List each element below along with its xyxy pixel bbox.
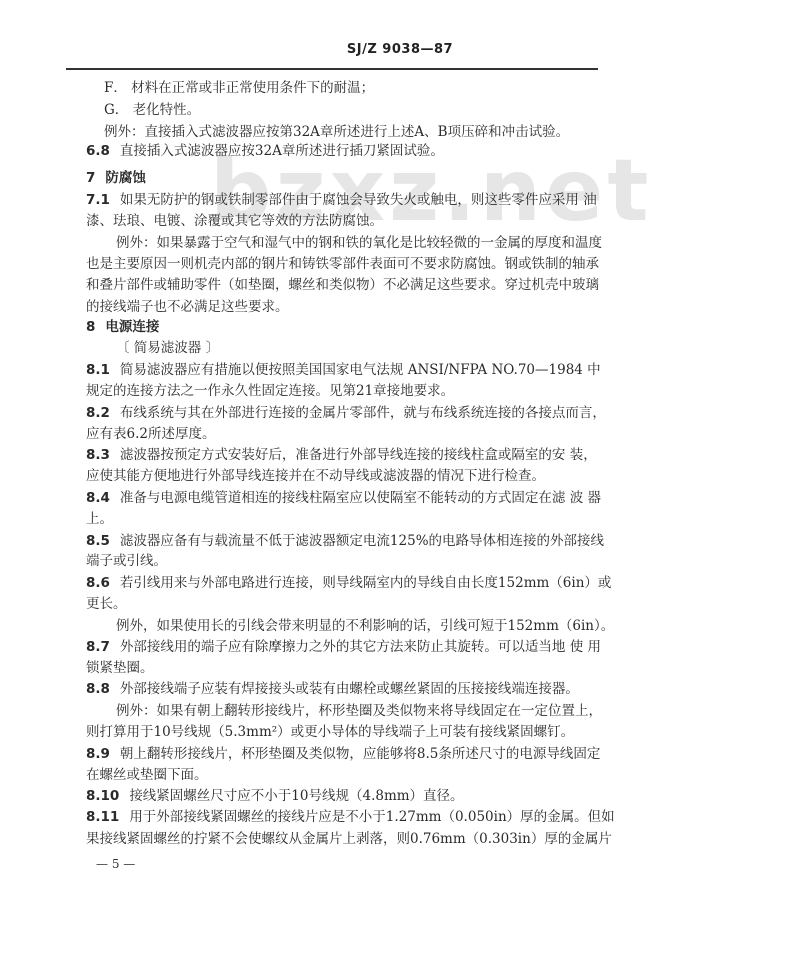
clause-text: 布线系统与其在外部进行连接的金属片零部件，就与布线系统连接的各接点而言， xyxy=(120,405,606,421)
text-line: 锁紧垫圈。 xyxy=(86,659,154,677)
text-line: 也是主要原因一则机壳内部的钢片和铸铁零部件表面可不要求防腐蚀。钢或铁制的轴承 xyxy=(86,255,599,273)
text-line: 规定的连接方法之一作永久性固定连接。见第21章接地要求。 xyxy=(86,382,454,400)
text-line: 的接线端子也不必满足这些要求。 xyxy=(86,298,289,316)
text-line: 8.11用于外部接线紧固螺丝的接线片应是不小于1.27mm（0.050in）厚的… xyxy=(86,808,615,826)
text-line: 8.5滤波器应备有与载流量不低于滤波器额定电流125%的电路导体相连接的外部接线 xyxy=(86,532,604,550)
clause-text: 例外：如果暴露于空气和湿气中的钢和铁的氧化是比较轻微的一金属的厚度和温度 xyxy=(116,235,602,251)
document-page: SJ/Z 9038—87 bzxz.net F． 材料在正常或非正常使用条件下的… xyxy=(0,0,800,971)
clause-text: 应使其能方便地进行外部导线连接并在不动导线或滤波器的情况下进行检查。 xyxy=(86,468,545,484)
clause-number: 8 xyxy=(86,318,95,336)
page-number: — 5 — xyxy=(96,857,135,871)
text-line: 果接线紧固螺丝的拧紧不会使螺纹从金属片上剥落，则0.76mm（0.303in）厚… xyxy=(86,830,612,848)
clause-text: 端子或引线。 xyxy=(86,553,167,569)
clause-text: 漆、珐琅、电镀、涂覆或其它等效的方法防腐蚀。 xyxy=(86,213,383,229)
text-line: 例外：直接插入式滤波器应按第32A章所述进行上述A、B项压碎和冲击试验。 xyxy=(104,123,569,141)
clause-text: 电源连接 xyxy=(105,319,159,335)
clause-text: 外部接线端子应装有焊接接头或装有由螺栓或螺丝紧固的压接接线端连接器。 xyxy=(120,681,579,697)
text-line: 6.8直接插入式滤波器应按32A章所述进行插刀紧固试验。 xyxy=(86,142,444,160)
text-line: 更长。 xyxy=(86,595,127,613)
text-line: 应有表6.2所述厚度。 xyxy=(86,425,215,443)
clause-text: 〔 简易滤波器 〕 xyxy=(116,340,219,356)
clause-text: 应有表6.2所述厚度。 xyxy=(86,426,215,442)
clause-number: 7 xyxy=(86,169,95,187)
clause-text: 更长。 xyxy=(86,596,127,612)
text-line: 8.6若引线用来与外部电路进行连接，则导线隔室内的导线自由长度152mm（6in… xyxy=(86,574,611,592)
text-line: 8.2布线系统与其在外部进行连接的金属片零部件，就与布线系统连接的各接点而言， xyxy=(86,404,606,422)
section-heading: 7防腐蚀 xyxy=(86,169,146,187)
clause-text: 滤波器按预定方式安装好后，准备进行外部导线连接的接线柱盒或隔室的安 装， xyxy=(120,447,597,463)
clause-text: 用于外部接线紧固螺丝的接线片应是不小于1.27mm（0.050in）厚的金属。但… xyxy=(129,809,614,825)
clause-text: 滤波器应备有与载流量不低于滤波器额定电流125%的电路导体相连接的外部接线 xyxy=(120,533,604,549)
clause-text: 在螺丝或垫圈下面。 xyxy=(86,767,208,783)
clause-number: 6.8 xyxy=(86,142,110,160)
text-line: 则打算用于10号线规（5.3mm²）或更小导体的导线端子上可装有接线紧固螺钉。 xyxy=(86,723,574,741)
clause-text: 也是主要原因一则机壳内部的钢片和铸铁零部件表面可不要求防腐蚀。钢或铁制的轴承 xyxy=(86,256,599,272)
text-line: 8.3滤波器按预定方式安装好后，准备进行外部导线连接的接线柱盒或隔室的安 装， xyxy=(86,446,597,464)
text-line: 在螺丝或垫圈下面。 xyxy=(86,766,208,784)
clause-text: 锁紧垫圈。 xyxy=(86,660,154,676)
clause-text: 防腐蚀 xyxy=(105,170,146,186)
clause-text: G． 老化特性。 xyxy=(104,102,200,118)
clause-text: 准备与电源电缆管道相连的接线柱隔室应以使隔室不能转动的方式固定在滤 波 器 xyxy=(120,490,601,506)
text-line: 上。 xyxy=(86,510,113,528)
header-rule xyxy=(66,68,598,70)
text-line: 〔 简易滤波器 〕 xyxy=(116,339,219,357)
clause-number: 8.8 xyxy=(86,680,110,698)
clause-text: 如果无防护的钢或铁制零部件由于腐蚀会导致失火或触电，则这些零件应采用 油 xyxy=(120,192,597,208)
clause-text: 的接线端子也不必满足这些要求。 xyxy=(86,299,289,315)
text-line: 8.10接线紧固螺丝尺寸应不小于10号线规（4.8mm）直径。 xyxy=(86,787,464,805)
clause-text: 和叠片部件或辅助零件（如垫圈，螺丝和类似物）不必满足这些要求。穿过机壳中玻璃 xyxy=(86,277,599,293)
text-line: 例外，如果使用长的引线会带来明显的不利影响的话，引线可短于152mm（6in）。 xyxy=(116,617,614,635)
text-line: 8.4准备与电源电缆管道相连的接线柱隔室应以使隔室不能转动的方式固定在滤 波 器 xyxy=(86,489,601,507)
text-line: 8.7外部接线用的端子应有除摩擦力之外的其它方法来防止其旋转。可以适当地 使 用 xyxy=(86,638,601,656)
text-line: 漆、珐琅、电镀、涂覆或其它等效的方法防腐蚀。 xyxy=(86,212,383,230)
clause-number: 8.9 xyxy=(86,745,110,763)
text-line: 例外：如果暴露于空气和湿气中的钢和铁的氧化是比较轻微的一金属的厚度和温度 xyxy=(116,234,602,252)
clause-text: 例外：如果有朝上翻转形接线片，杯形垫圈及类似物来将导线固定在一定位置上， xyxy=(116,703,602,719)
clause-number: 8.5 xyxy=(86,532,110,550)
text-line: 8.9朝上翻转形接线片，杯形垫圈及类似物，应能够将8.5条所述尺寸的电源导线固定 xyxy=(86,745,600,763)
clause-text: 直接插入式滤波器应按32A章所述进行插刀紧固试验。 xyxy=(120,143,444,159)
section-heading: 8电源连接 xyxy=(86,318,159,336)
clause-text: 接线紧固螺丝尺寸应不小于10号线规（4.8mm）直径。 xyxy=(129,788,463,804)
clause-text: 简易滤波器应有措施以便按照美国国家电气法规 ANSI/NFPA NO.70—19… xyxy=(120,362,601,378)
clause-text: 朝上翻转形接线片，杯形垫圈及类似物，应能够将8.5条所述尺寸的电源导线固定 xyxy=(120,746,600,762)
clause-text: 例外，如果使用长的引线会带来明显的不利影响的话，引线可短于152mm（6in）。 xyxy=(116,618,614,634)
standard-code-header: SJ/Z 9038—87 xyxy=(0,42,800,57)
clause-text: 规定的连接方法之一作永久性固定连接。见第21章接地要求。 xyxy=(86,383,454,399)
clause-number: 8.7 xyxy=(86,638,110,656)
text-line: 和叠片部件或辅助零件（如垫圈，螺丝和类似物）不必满足这些要求。穿过机壳中玻璃 xyxy=(86,276,599,294)
text-line: 例外：如果有朝上翻转形接线片，杯形垫圈及类似物来将导线固定在一定位置上， xyxy=(116,702,602,720)
clause-number: 8.1 xyxy=(86,361,110,379)
clause-number: 8.10 xyxy=(86,787,119,805)
text-line: 8.8外部接线端子应装有焊接接头或装有由螺栓或螺丝紧固的压接接线端连接器。 xyxy=(86,680,579,698)
clause-text: F． 材料在正常或非正常使用条件下的耐温； xyxy=(104,80,374,96)
clause-text: 则打算用于10号线规（5.3mm²）或更小导体的导线端子上可装有接线紧固螺钉。 xyxy=(86,724,574,740)
clause-number: 8.11 xyxy=(86,808,119,826)
clause-text: 若引线用来与外部电路进行连接，则导线隔室内的导线自由长度152mm（6in）或 xyxy=(120,575,611,591)
clause-number: 8.2 xyxy=(86,404,110,422)
text-line: 端子或引线。 xyxy=(86,552,167,570)
text-line: 7.1如果无防护的钢或铁制零部件由于腐蚀会导致失火或触电，则这些零件应采用 油 xyxy=(86,191,597,209)
clause-text: 果接线紧固螺丝的拧紧不会使螺纹从金属片上剥落，则0.76mm（0.303in）厚… xyxy=(86,831,612,847)
clause-number: 7.1 xyxy=(86,191,110,209)
text-line: 应使其能方便地进行外部导线连接并在不动导线或滤波器的情况下进行检查。 xyxy=(86,467,545,485)
text-line: G． 老化特性。 xyxy=(104,101,200,119)
clause-number: 8.3 xyxy=(86,446,110,464)
text-line: F． 材料在正常或非正常使用条件下的耐温； xyxy=(104,79,374,97)
clause-number: 8.4 xyxy=(86,489,110,507)
clause-text: 例外：直接插入式滤波器应按第32A章所述进行上述A、B项压碎和冲击试验。 xyxy=(104,124,569,140)
clause-text: 外部接线用的端子应有除摩擦力之外的其它方法来防止其旋转。可以适当地 使 用 xyxy=(120,639,601,655)
text-line: 8.1简易滤波器应有措施以便按照美国国家电气法规 ANSI/NFPA NO.70… xyxy=(86,361,601,379)
clause-number: 8.6 xyxy=(86,574,110,592)
clause-text: 上。 xyxy=(86,511,113,527)
